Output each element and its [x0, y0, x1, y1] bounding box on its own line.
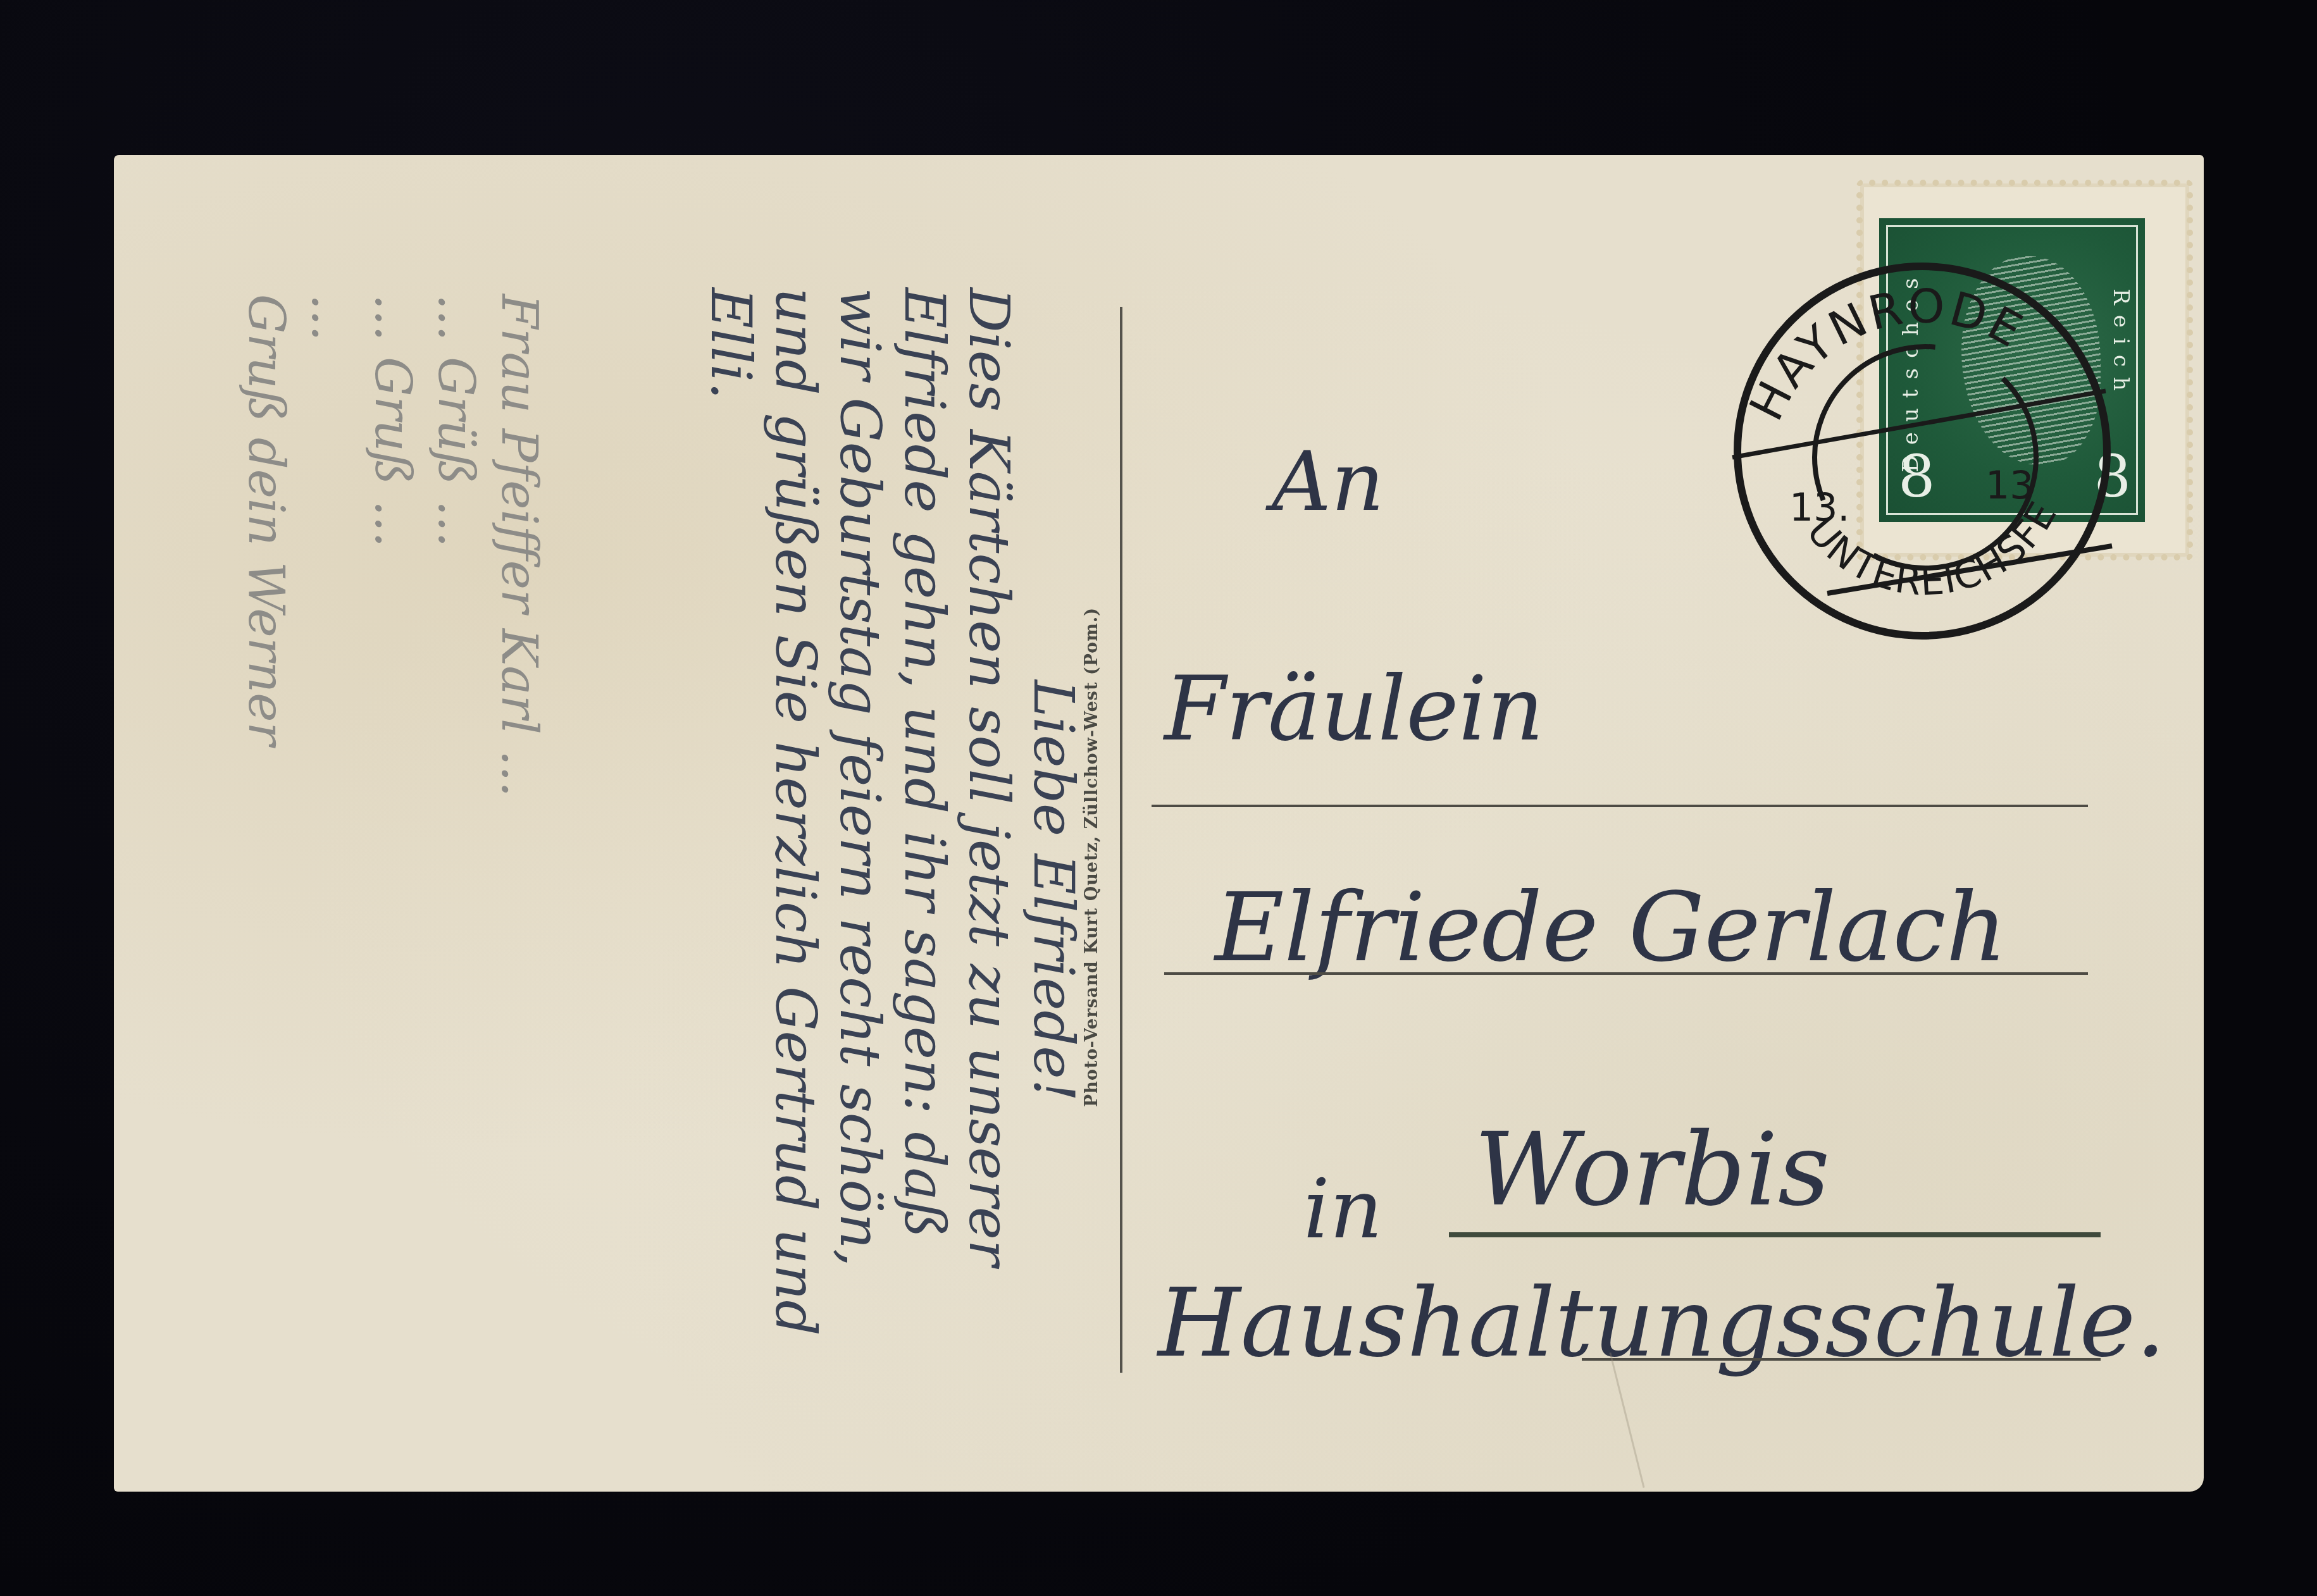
address-name: Elfriede Gerlach: [1215, 873, 2007, 983]
postmark-icon: HAYNRODE UNTEREICHSFELD 13. 13: [1720, 249, 2125, 653]
message-line: Dies Kärtchen soll jetzt zu unserer: [957, 288, 1021, 1325]
address-rule: [1164, 972, 2088, 975]
postmark-cancel: HAYNRODE UNTEREICHSFELD 13. 13: [1720, 249, 2125, 653]
handwritten-message: Liebe Elfriede! Dies Kärtchen soll jetzt…: [699, 288, 1086, 1325]
pencil-line: ... Grüß ...: [424, 294, 487, 1433]
printer-imprint: Photo-Versand Kurt Quetz, Züllchow-West …: [1082, 607, 1102, 1107]
divider-line: [1120, 307, 1122, 1373]
message-greeting: Liebe Elfriede!: [1021, 288, 1086, 1325]
postmark-date-day: 13.: [1789, 486, 1849, 530]
address-city: Worbis: [1474, 1110, 1830, 1228]
message-line: Elfriede gehn, und ihr sagen: daß: [892, 288, 957, 1325]
address-city-prefix: in: [1303, 1161, 1382, 1257]
pencil-signature: Gruß dein Werner: [234, 294, 297, 1433]
address-rule: [1582, 1358, 2101, 1361]
address-rule: [1449, 1232, 2101, 1237]
pencil-line: ... Gruß ...: [361, 294, 424, 1433]
address-salutation: An: [1272, 433, 1384, 529]
address-institution: Haushaltungsschule.: [1158, 1268, 2166, 1378]
address-title: Fräulein: [1164, 658, 1544, 761]
postmark-date-year: 13: [1985, 464, 2034, 508]
message-line: wir Geburtstag feiern recht schön,: [828, 288, 892, 1325]
pencil-line: ...: [297, 294, 361, 1433]
postcard: Frau Pfeiffer Karl ... ... Grüß ... ... …: [114, 155, 2204, 1492]
pencil-note: Frau Pfeiffer Karl ... ... Grüß ... ... …: [234, 294, 550, 1433]
message-line: Elli.: [699, 288, 763, 1325]
pencil-line: Frau Pfeiffer Karl ...: [487, 294, 550, 1433]
scan-background: Frau Pfeiffer Karl ... ... Grüß ... ... …: [0, 0, 2317, 1596]
message-line: und grüßen Sie herzlich Gertrud und: [763, 288, 828, 1325]
address-rule: [1152, 805, 2088, 807]
